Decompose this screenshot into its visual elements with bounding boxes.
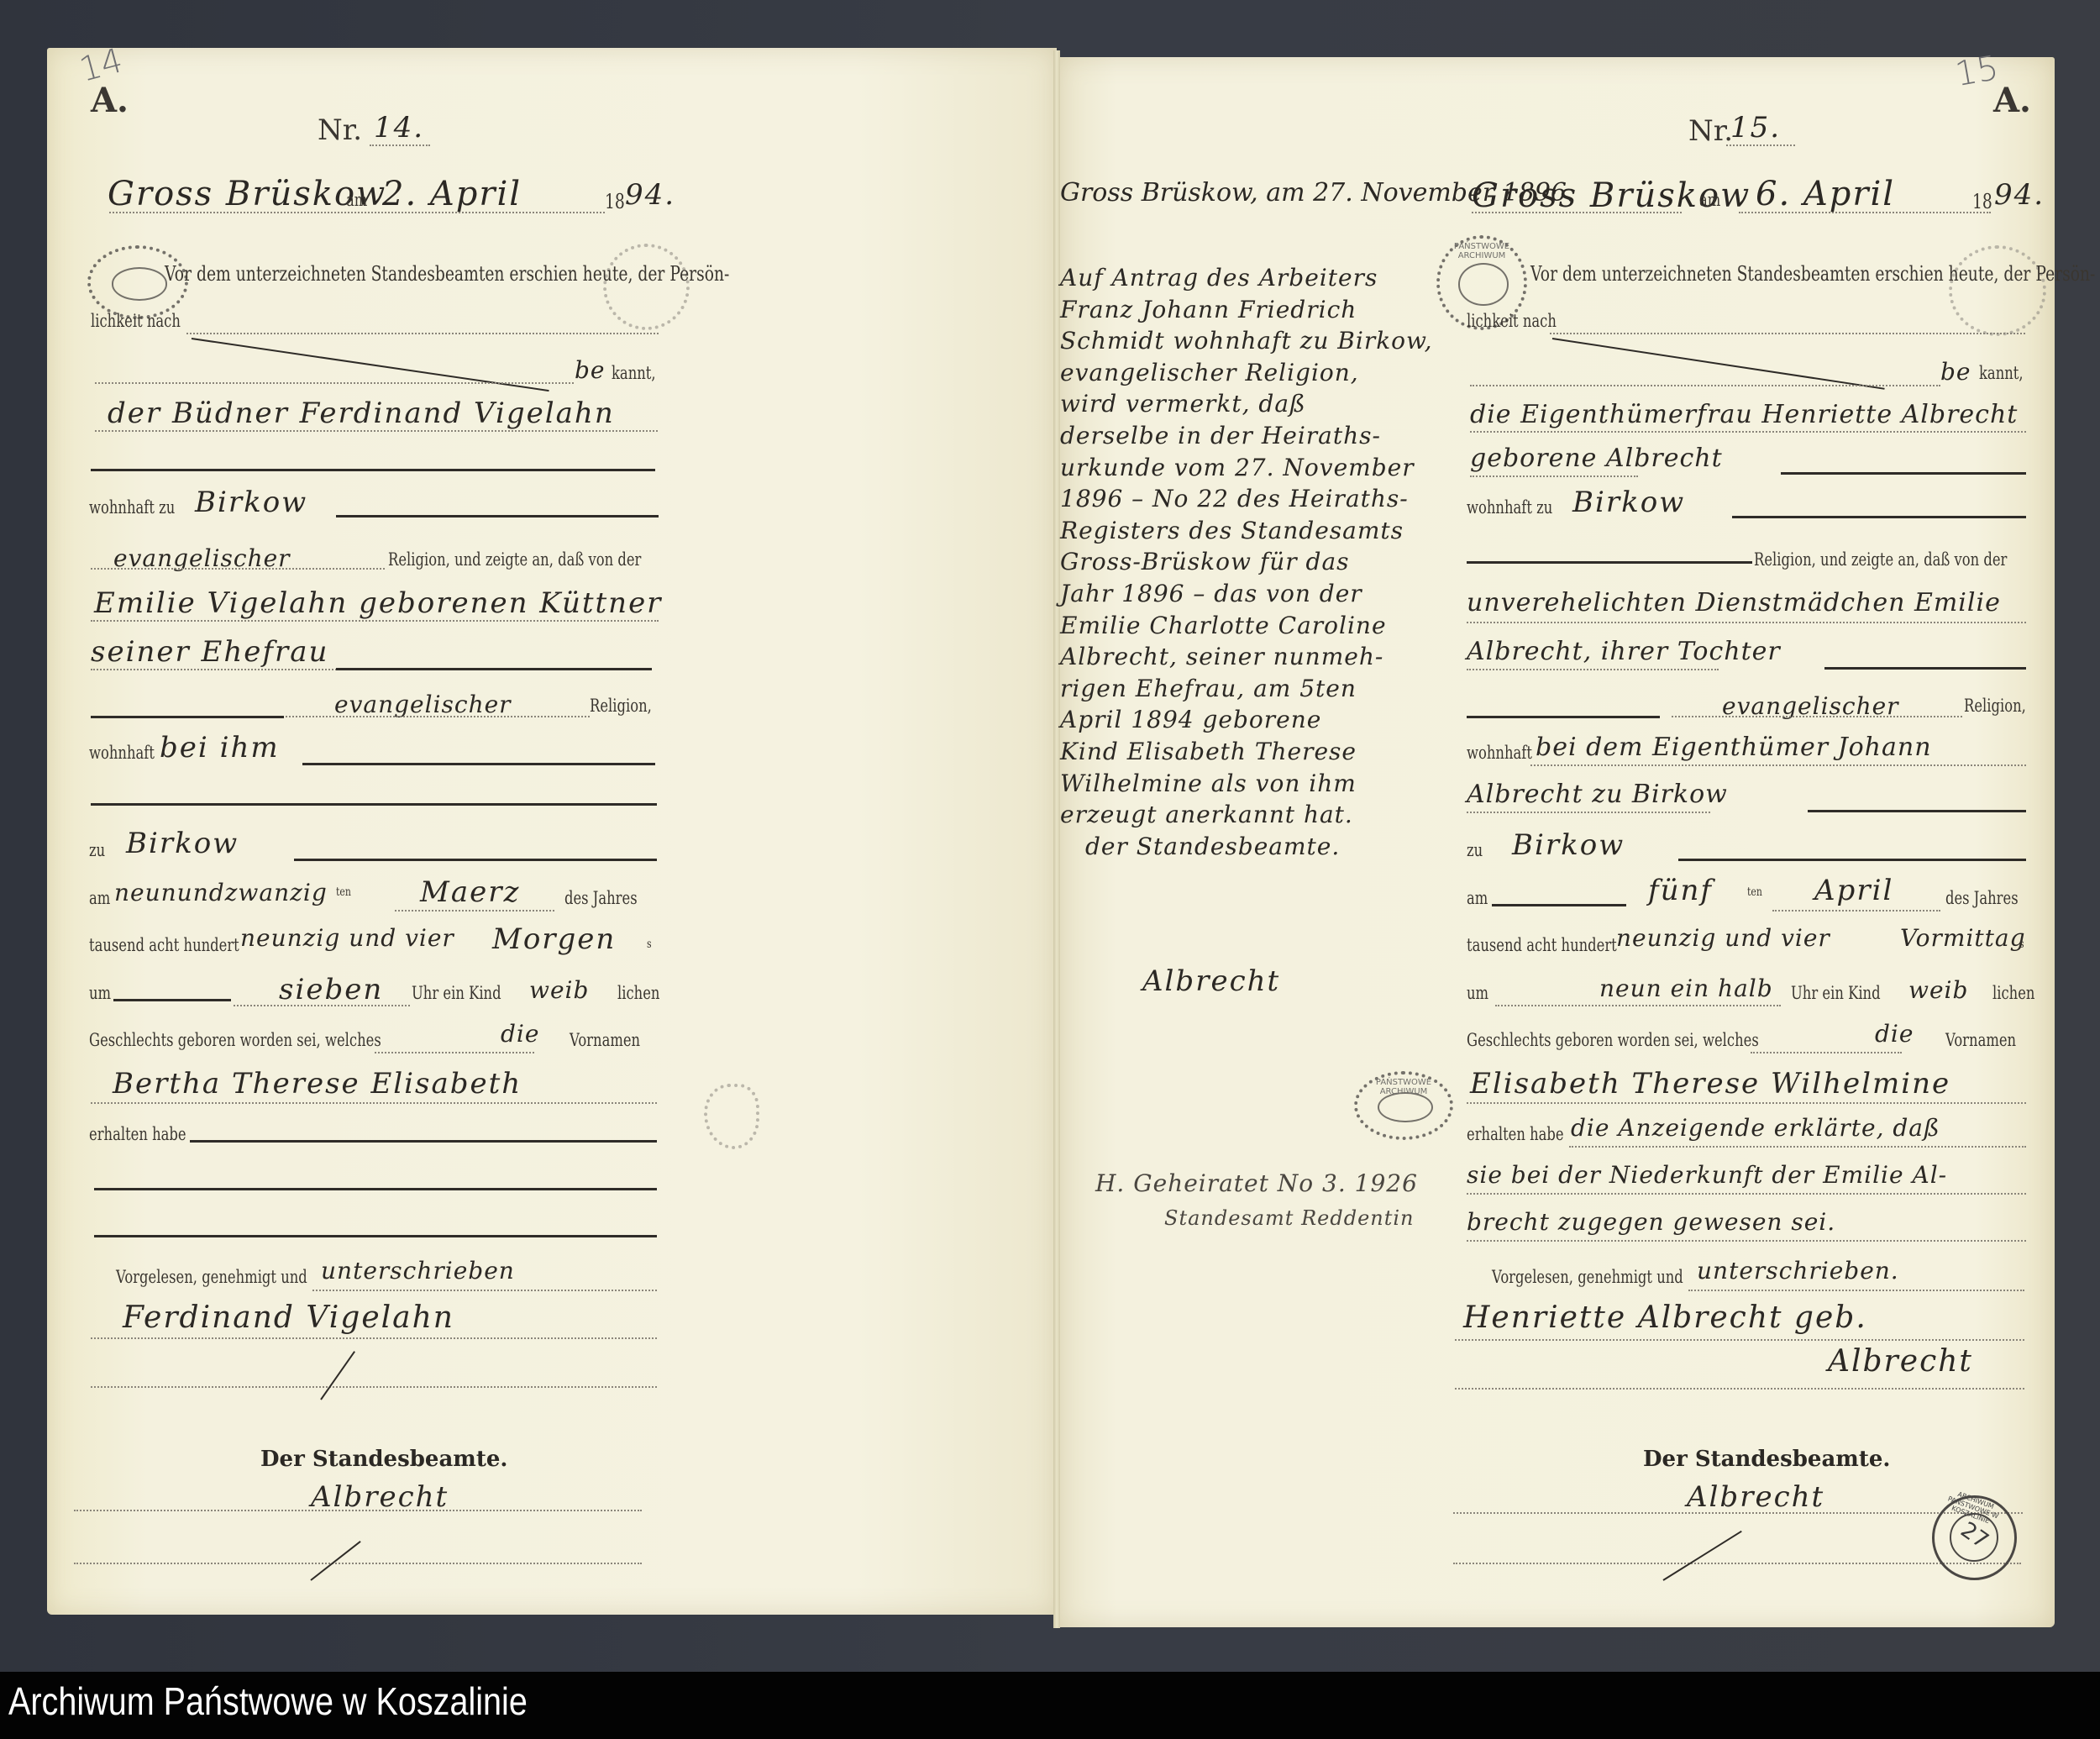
archive-round-stamp: ARCHIWUM PAŃSTWOWE W KOSZALINIE 27: [1932, 1495, 2017, 1580]
birth-place: Birkow: [126, 827, 239, 860]
margin-note-line: Gross-Brüskow für das: [1060, 546, 1433, 578]
margin-note-line: Auf Antrag des Arbeiters: [1060, 262, 1433, 294]
residence-value: Birkow: [195, 486, 307, 519]
later-marriage-note: H. Geheiratet No 3. 1926: [1095, 1169, 1418, 1197]
um-label: um: [89, 983, 111, 1003]
time-suffix-right: s: [2019, 938, 2024, 951]
year-prefix-right: 18: [1972, 190, 1992, 213]
record-number-value-right: 15.: [1730, 111, 1781, 144]
mother-relation: seiner Ehefrau: [91, 635, 328, 669]
unterschrieben-value: unterschrieben: [321, 1257, 515, 1285]
vornamen-label-right: Vornamen: [1945, 1030, 2016, 1050]
registrar-title: Der Standesbeamte.: [260, 1447, 507, 1472]
lichkeit-nach-label: lichkeit nach: [91, 311, 181, 331]
margin-note-line: der Standesbeamte.: [1060, 831, 1433, 863]
child-given-names: Bertha Therese Elisabeth: [113, 1067, 522, 1101]
remark-line: brecht zugegen gewesen sei.: [1467, 1208, 1835, 1236]
mother-name-right: unverehelichten Dienstmädchen Emilie: [1467, 588, 2001, 617]
wohnhaft-label-right: wohnhaft: [1467, 743, 1532, 763]
margin-note-line: Franz Johann Friedrich: [1060, 294, 1433, 326]
kannt-prefix-right: be: [1940, 358, 1971, 386]
remark-line: sie bei der Niederkunft der Emilie Al-: [1467, 1161, 1947, 1189]
am-label-2: am: [89, 888, 110, 908]
archive-caption: Archiwum Państwowe w Koszalinie: [8, 1679, 528, 1724]
informant-signature-right: Henriette Albrecht geb.: [1463, 1300, 1867, 1335]
stamp-text-right: PAŃSTWOWE ARCHIWUM: [1440, 242, 1524, 260]
margin-note-line: Wilhelmine als von ihm: [1060, 768, 1433, 800]
lichkeit-nach-label-right: lichkeit nach: [1467, 311, 1557, 331]
wohnhaft-zu-label-right: wohnhaft zu: [1467, 497, 1552, 517]
residence-value-right: Birkow: [1572, 486, 1685, 519]
remark-line: die Anzeigende erklärte, daß: [1571, 1114, 1940, 1142]
place-of-registration: Gross Brüskow: [108, 175, 386, 213]
margin-note-line: Albrecht, seiner nunmeh-: [1060, 641, 1433, 673]
geschlechts-label-right: Geschlechts geboren worden sei, welches: [1467, 1030, 1759, 1050]
mother-relation-right: Albrecht, ihrer Tochter: [1467, 637, 1781, 666]
kannt-prefix: be: [575, 356, 606, 384]
religion-label-right: Religion, und zeigte an, daß von der: [1754, 549, 2007, 570]
die-value-right: die: [1875, 1020, 1914, 1048]
mother-residence-line1: bei dem Eigenthümer Johann: [1536, 733, 1932, 762]
form-intro-text-right: Vor dem unterzeichneten Standesbeamten e…: [1530, 262, 2095, 286]
time-of-day-right: Vormittag: [1900, 924, 2026, 952]
tausend-label-right: tausend acht hundert: [1467, 935, 1617, 955]
vorgelesen-label: Vorgelesen, genehmigt und: [116, 1267, 307, 1287]
birth-hour-right: neun ein halb: [1599, 975, 1773, 1002]
year-suffix-right: 94.: [1994, 178, 2045, 212]
child-sex: weib: [529, 976, 589, 1004]
kannt-label: kannt,: [612, 363, 656, 383]
margin-note-signature: Albrecht: [1142, 964, 1280, 998]
erhalten-habe-label-right: erhalten habe: [1467, 1124, 1564, 1144]
child-sex-right: weib: [1908, 976, 1968, 1004]
mother-name: Emilie Vigelahn geborenen Küttner: [94, 586, 662, 620]
um-label-right: um: [1467, 983, 1488, 1003]
margin-note-line: derselbe in der Heiraths-: [1060, 420, 1433, 452]
birth-month-right: April: [1814, 874, 1893, 907]
time-of-day: Morgen: [492, 922, 616, 956]
kannt-label-right: kannt,: [1979, 363, 2024, 383]
birth-day: neunundzwanzig: [114, 879, 328, 906]
registration-date: 2. April: [382, 175, 522, 213]
day-suffix: ten: [336, 885, 351, 899]
record-number-label: Nr.: [318, 113, 362, 147]
year-prefix: 18: [605, 190, 625, 213]
uhr-label: Uhr ein Kind: [412, 983, 501, 1003]
am-label-right: am: [1699, 190, 1720, 210]
margin-note-line: urkunde vom 27. November: [1060, 452, 1433, 484]
registrar-signature: Albrecht: [311, 1480, 449, 1514]
registrar-signature-right: Albrecht: [1687, 1480, 1824, 1514]
informant-signature-right-line2: Albrecht: [1828, 1344, 1973, 1379]
later-marriage-registry: Standesamt Reddentin: [1164, 1206, 1415, 1230]
informant-maiden-name: geborene Albrecht: [1470, 444, 1723, 473]
faded-stamp-right: [1949, 245, 2046, 336]
margin-note-line: April 1894 geborene: [1060, 704, 1433, 736]
birth-day-right: fünf: [1648, 874, 1713, 907]
tausend-label: tausend acht hundert: [89, 935, 239, 955]
margin-note-line: Emilie Charlotte Caroline: [1060, 610, 1433, 642]
margin-note-line: Registers des Standesamts: [1060, 515, 1433, 547]
margin-note-line: evangelischer Religion,: [1060, 357, 1433, 389]
des-jahres-label-right: des Jahres: [1945, 888, 2019, 908]
vornamen-label: Vornamen: [570, 1030, 640, 1050]
register-letter: A.: [91, 81, 129, 120]
vorgelesen-label-right: Vorgelesen, genehmigt und: [1492, 1267, 1683, 1287]
religion-label-2: Religion,: [590, 696, 652, 716]
zu-label-right: zu: [1467, 840, 1483, 860]
margin-note-body: Auf Antrag des Arbeiters Franz Johann Fr…: [1060, 262, 1433, 862]
informant-name-right: die Eigenthümerfrau Henriette Albrecht: [1470, 400, 2018, 429]
uhr-label-right: Uhr ein Kind: [1791, 983, 1881, 1003]
birth-hour: sieben: [279, 973, 383, 1006]
footer-caption-bar: Archiwum Państwowe w Koszalinie: [0, 1672, 2100, 1739]
am-label-2-right: am: [1467, 888, 1488, 908]
birth-place-right: Birkow: [1512, 828, 1625, 862]
registration-date-right: 6. April: [1756, 175, 1895, 213]
lichen-label: lichen: [617, 983, 659, 1003]
day-suffix-right: ten: [1747, 885, 1762, 899]
unterschrieben-value-right: unterschrieben.: [1697, 1257, 1899, 1285]
wohnhaft-label: wohnhaft: [89, 743, 155, 763]
margin-note-line: Kind Elisabeth Therese: [1060, 736, 1433, 768]
erhalten-habe-label: erhalten habe: [89, 1124, 186, 1144]
book-spine: [1053, 50, 1060, 1628]
die-value: die: [501, 1020, 539, 1048]
form-intro-text: Vor dem unterzeichneten Standesbeamten e…: [165, 262, 729, 286]
am-label: am: [346, 190, 367, 210]
margin-note-line: erzeugt anerkannt hat.: [1060, 799, 1433, 831]
record-number-label-right: Nr.: [1688, 114, 1733, 148]
mother-religion: evangelischer: [334, 691, 512, 718]
des-jahres-label: des Jahres: [564, 888, 638, 908]
religion-label: Religion, und zeigte an, daß von der: [388, 549, 641, 570]
margin-note-line: wird vermerkt, daß: [1060, 388, 1433, 420]
birth-year-words-right: neunzig und vier: [1616, 924, 1830, 952]
mother-residence: bei ihm: [160, 731, 280, 764]
lichen-label-right: lichen: [1992, 983, 2034, 1003]
child-given-names-right: Elisabeth Therese Wilhelmine: [1470, 1067, 1950, 1101]
geschlechts-label: Geschlechts geboren worden sei, welches: [89, 1030, 381, 1050]
zu-label: zu: [89, 840, 105, 860]
birth-month: Maerz: [420, 875, 520, 909]
margin-note-line: Schmidt wohnhaft zu Birkow,: [1060, 325, 1433, 357]
birth-year-words: neunzig und vier: [240, 924, 454, 952]
stamp-text: PAŃSTWOWE ARCHIWUM: [1357, 1078, 1450, 1096]
informant-signature: Ferdinand Vigelahn: [123, 1300, 454, 1335]
archive-oval-stamp-middle: PAŃSTWOWE ARCHIWUM: [1354, 1071, 1453, 1140]
register-letter-right: A.: [1993, 81, 2031, 120]
margin-note-line: 1896 – No 22 des Heiraths-: [1060, 483, 1433, 515]
margin-note-line: Jahr 1896 – das von der: [1060, 578, 1433, 610]
mother-residence-line2: Albrecht zu Birkow: [1467, 780, 1728, 809]
wohnhaft-zu-label: wohnhaft zu: [89, 497, 175, 517]
time-suffix: s: [647, 938, 652, 951]
record-number-value: 14.: [374, 111, 424, 144]
faded-stamp: [603, 244, 690, 330]
margin-note-line: rigen Ehefrau, am 5ten: [1060, 673, 1433, 705]
informant-name: der Büdner Ferdinand Vigelahn: [108, 397, 615, 430]
registrar-title-right: Der Standesbeamte.: [1643, 1447, 1890, 1472]
year-suffix: 94.: [625, 178, 675, 212]
religion-label-2-right: Religion,: [1964, 696, 2026, 716]
